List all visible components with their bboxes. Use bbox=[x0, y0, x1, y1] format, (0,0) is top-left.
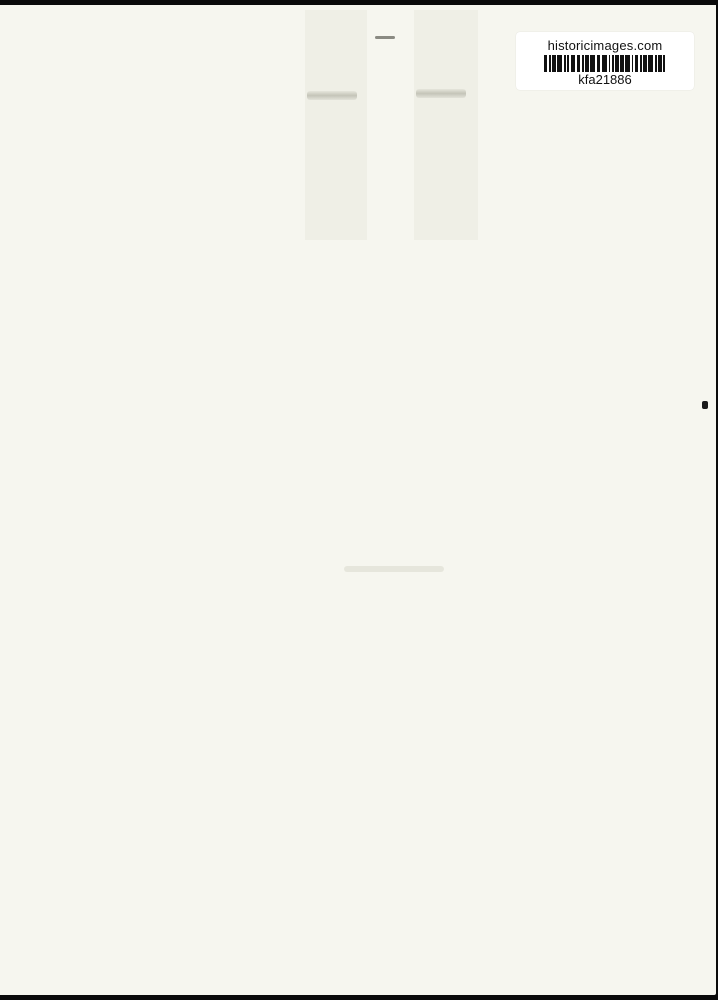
ink-dot bbox=[702, 401, 708, 409]
tape-mark-left bbox=[307, 91, 357, 100]
tape-residue-right bbox=[414, 10, 478, 240]
sticker-code-label: kfa21886 bbox=[516, 72, 694, 87]
pencil-tick-mark bbox=[375, 36, 395, 39]
tape-residue-left bbox=[305, 10, 367, 240]
sticker-site-label: historicimages.com bbox=[516, 38, 694, 53]
faint-smudge bbox=[344, 566, 444, 572]
barcode-icon bbox=[544, 55, 666, 72]
barcode-sticker: historicimages.com kfa21886 bbox=[516, 32, 694, 90]
photo-back-paper: historicimages.com kfa21886 bbox=[0, 5, 716, 995]
tape-mark-right bbox=[416, 89, 466, 98]
